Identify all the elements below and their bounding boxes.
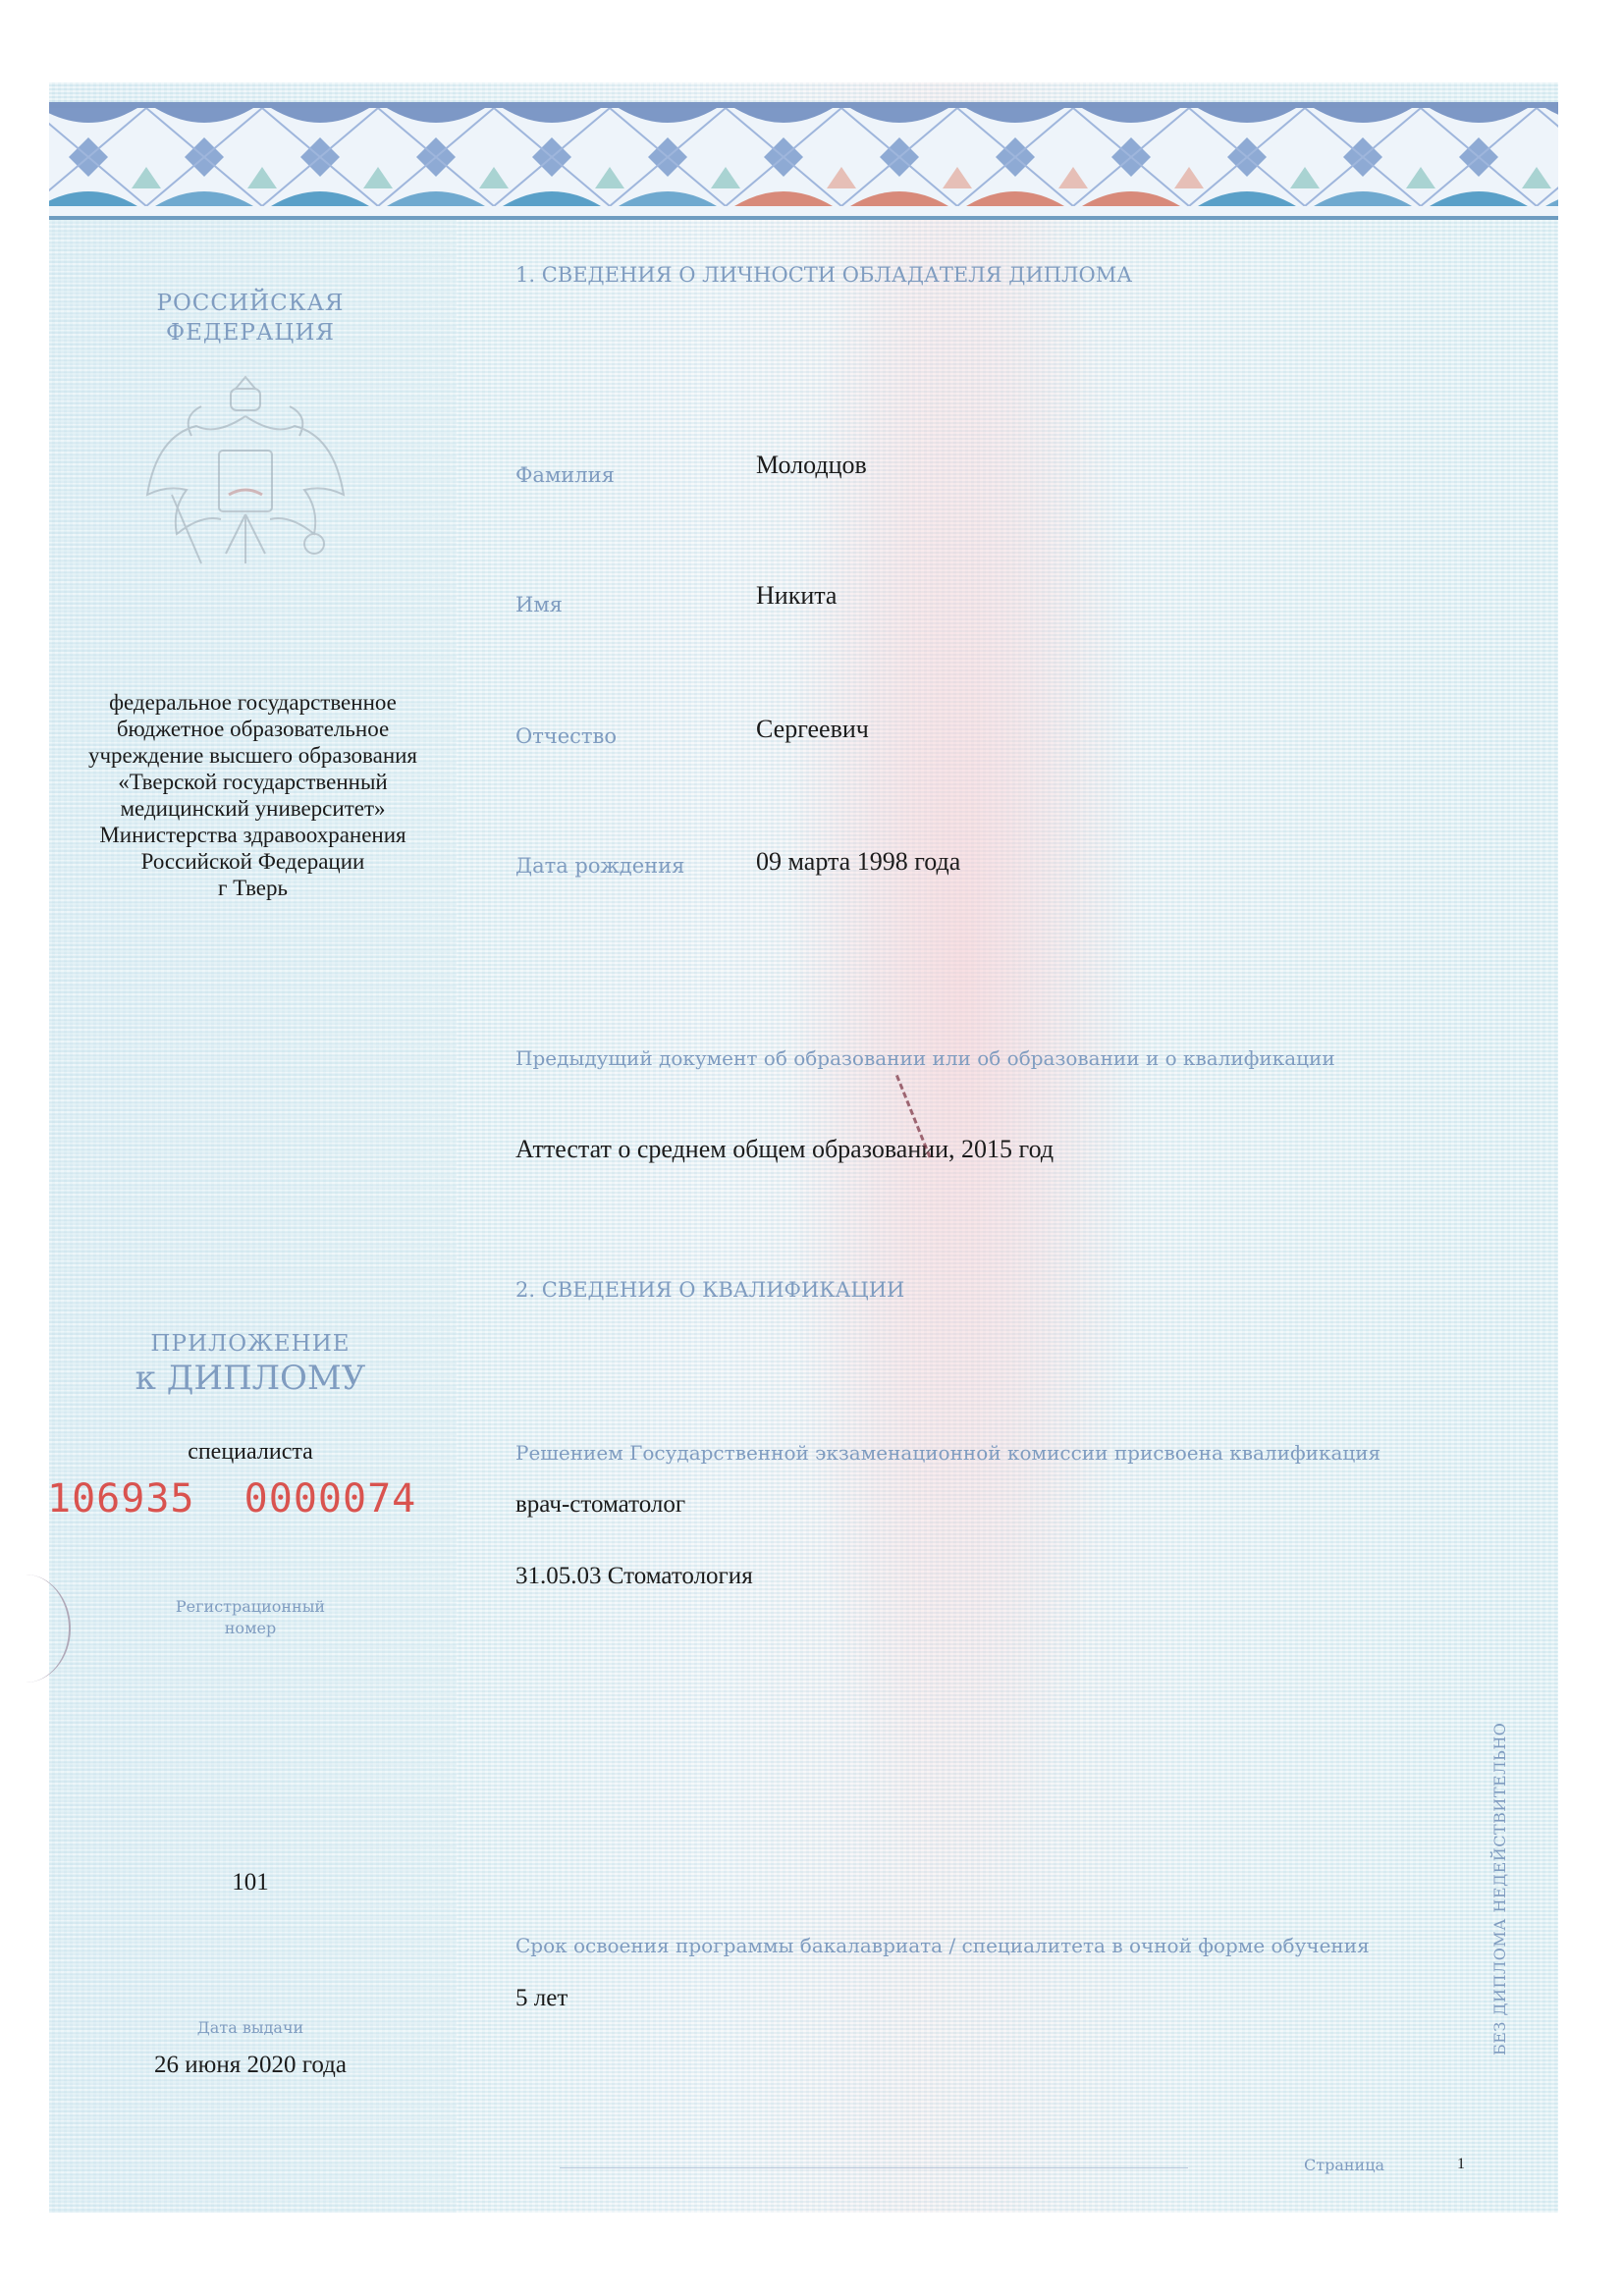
reg-number-label-line-1: Регистрационный [142, 1596, 358, 1618]
patronymic-label: Отчество [515, 724, 617, 748]
institution-line: Министерства здравоохранения [59, 822, 447, 848]
birth-date-label: Дата рождения [515, 854, 684, 878]
institution-line: «Тверской государственный [59, 769, 447, 795]
country-title: РОССИЙСКАЯ ФЕДЕРАЦИЯ [137, 289, 363, 347]
reg-number: 101 [142, 1869, 358, 1896]
institution-line: медицинский университет» [59, 795, 447, 822]
coat-of-arms-icon [133, 357, 358, 583]
surname-value: Молодцов [756, 451, 867, 480]
degree-level: специалиста [108, 1439, 393, 1466]
prev-doc-label: Предыдущий документ об образовании или о… [515, 1046, 1335, 1070]
qualification-value: врач-стоматолог [515, 1491, 685, 1519]
institution-line: г Тверь [59, 875, 447, 901]
validity-note: БЕЗ ДИПЛОМА НЕДЕЙСТВИТЕЛЬНО [1490, 1723, 1509, 2056]
footer-rule [560, 2167, 1188, 2168]
reg-number-label: Регистрационный номер [142, 1596, 358, 1639]
patronymic-value: Сергеевич [756, 715, 869, 744]
section1-title: 1. СВЕДЕНИЯ О ЛИЧНОСТИ ОБЛАДАТЕЛЯ ДИПЛОМ… [515, 263, 1132, 287]
serial-number: 106935 0000074 [47, 1476, 460, 1522]
surname-label: Фамилия [515, 463, 615, 487]
duration-value: 5 лет [515, 1985, 568, 2012]
first-name-value: Никита [756, 581, 837, 611]
reg-number-label-line-2: номер [142, 1618, 358, 1639]
institution-line: федеральное государственное [59, 689, 447, 716]
prev-doc-value: Аттестат о среднем общем образовании, 20… [515, 1135, 1054, 1164]
diploma-appendix-page: РОССИЙСКАЯ ФЕДЕРАЦИЯ федеральное государ… [49, 82, 1558, 2213]
country-line-2: ФЕДЕРАЦИЯ [137, 318, 363, 347]
birth-date-value: 09 марта 1998 года [756, 847, 960, 877]
institution-line: бюджетное образовательное [59, 716, 447, 742]
appendix-title-2: к ДИПЛОМУ [108, 1359, 393, 1398]
issue-date: 26 июня 2020 года [88, 2052, 412, 2079]
first-name-label: Имя [515, 593, 563, 616]
issue-date-label: Дата выдачи [142, 2018, 358, 2037]
page-label: Страница [1304, 2156, 1384, 2174]
qualification-label: Решением Государственной экзаменационной… [515, 1441, 1380, 1465]
institution-line: учреждение высшего образования [59, 742, 447, 769]
appendix-title-1: ПРИЛОЖЕНИЕ [137, 1331, 363, 1357]
page-number: 1 [1457, 2156, 1465, 2173]
decorative-guilloche-band [49, 102, 1558, 220]
country-line-1: РОССИЙСКАЯ [137, 289, 363, 318]
section2-title: 2. СВЕДЕНИЯ О КВАЛИФИКАЦИИ [515, 1278, 904, 1302]
specialty-value: 31.05.03 Стоматология [515, 1563, 753, 1590]
institution-name: федеральное государственное бюджетное об… [59, 689, 447, 901]
institution-line: Российской Федерации [59, 848, 447, 875]
duration-label: Срок освоения программы бакалавриата / с… [515, 1934, 1370, 1957]
